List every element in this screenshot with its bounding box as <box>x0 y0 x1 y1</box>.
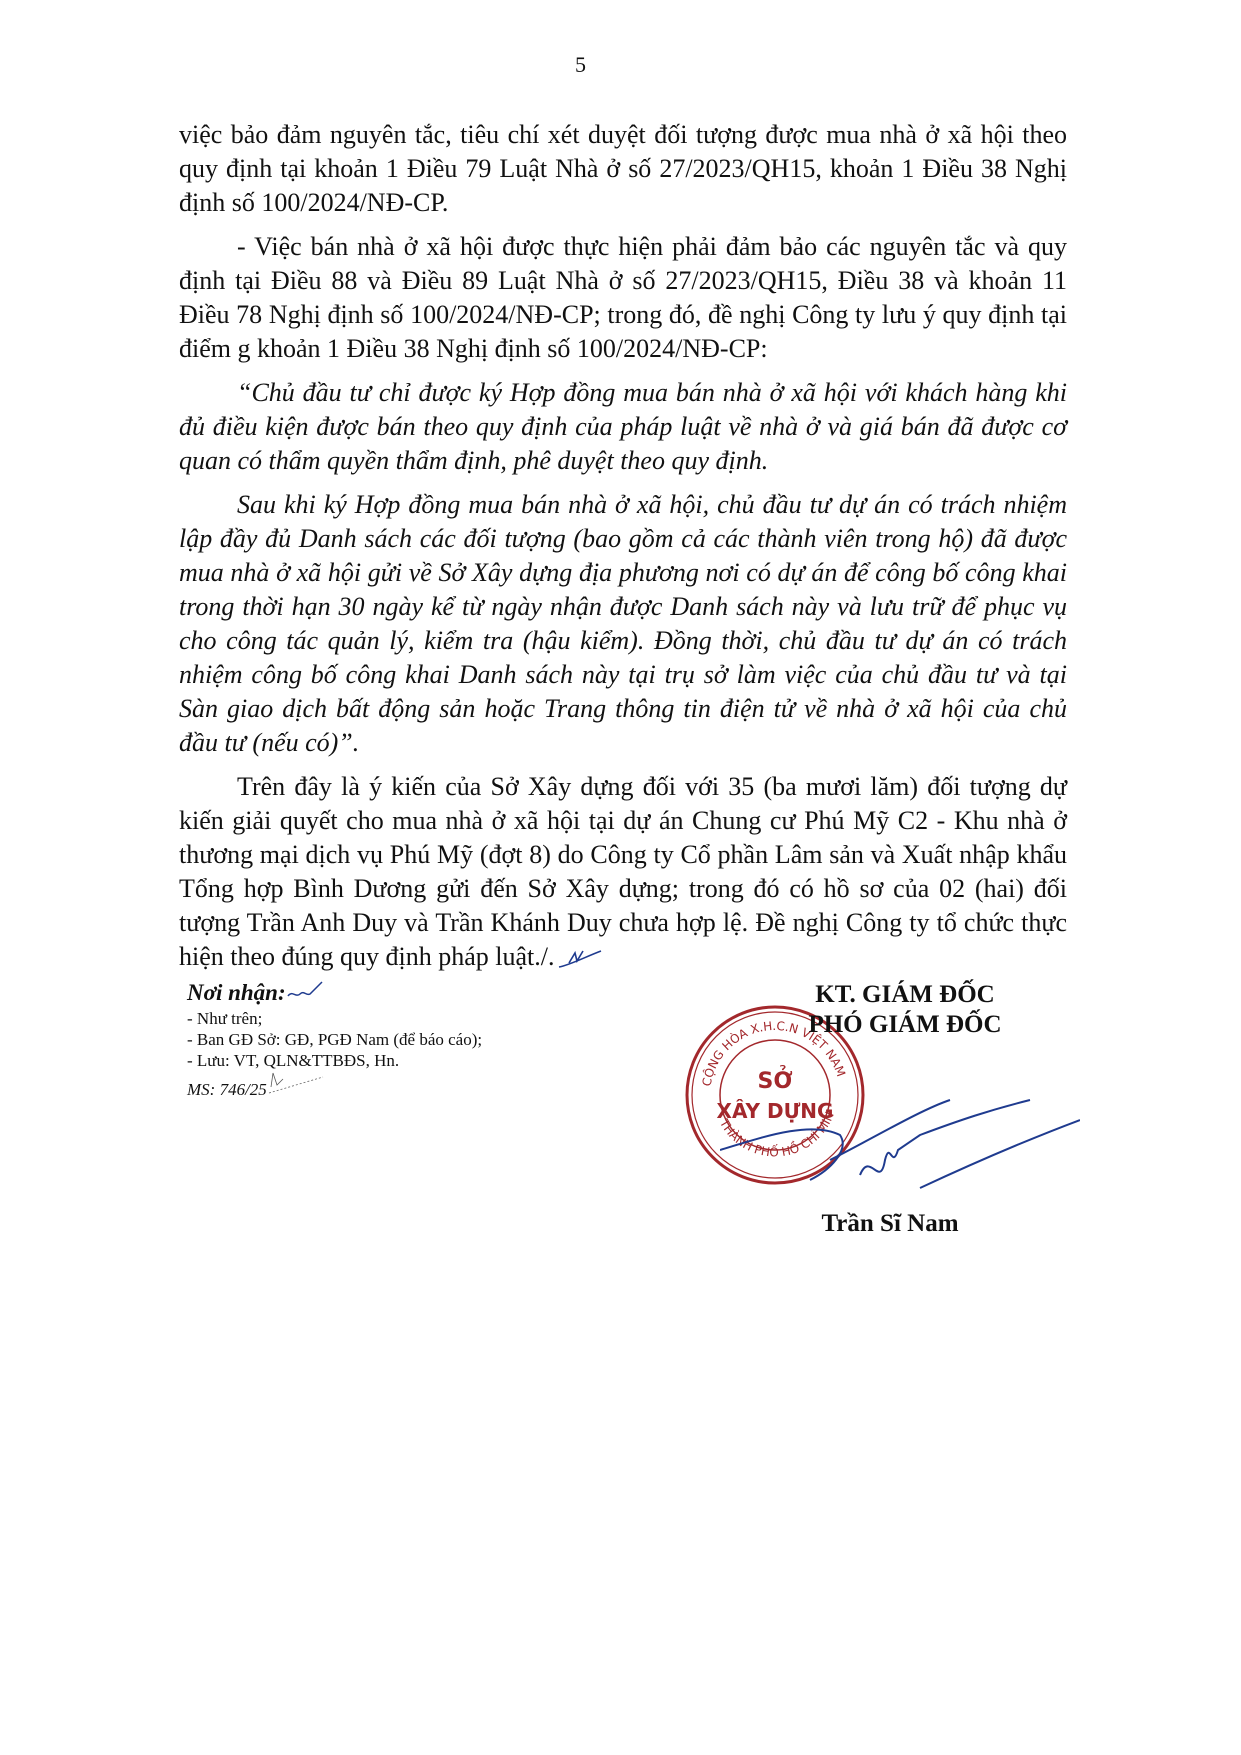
initial-mark-icon <box>555 947 605 971</box>
ms-code: MS: 746/25 <box>187 1071 607 1100</box>
recipients-block: Nơi nhận: - Như trên; - Ban GĐ Sở: GĐ, P… <box>187 978 607 1100</box>
signer-title-1: KT. GIÁM ĐỐC <box>760 980 1050 1010</box>
signer-block: KT. GIÁM ĐỐC PHÓ GIÁM ĐỐC <box>760 980 1050 1040</box>
closing-paragraph: Trên đây là ý kiến của Sở Xây dựng đối v… <box>179 770 1067 974</box>
paragraph-2: - Việc bán nhà ở xã hội được thực hiện p… <box>179 230 1067 366</box>
recipient-item: - Như trên; <box>187 1008 607 1029</box>
closing-text: Trên đây là ý kiến của Sở Xây dựng đối v… <box>179 772 1067 971</box>
quote-paragraph-1: “Chủ đầu tư chỉ được ký Hợp đồng mua bán… <box>179 376 1067 478</box>
signer-name: Trần Sĩ Nam <box>770 1210 1010 1238</box>
quote-paragraph-2: Sau khi ký Hợp đồng mua bán nhà ở xã hội… <box>179 488 1067 760</box>
signature-icon <box>720 1080 1080 1190</box>
initial-mark-icon <box>286 980 326 1000</box>
initial-mark-icon <box>267 1071 327 1095</box>
document-body: việc bảo đảm nguyên tắc, tiêu chí xét du… <box>179 118 1067 984</box>
paragraph-1: việc bảo đảm nguyên tắc, tiêu chí xét du… <box>179 118 1067 220</box>
recipient-item: - Lưu: VT, QLN&TTBĐS, Hn. <box>187 1050 607 1071</box>
recipient-item: - Ban GĐ Sở: GĐ, PGĐ Nam (để báo cáo); <box>187 1029 607 1050</box>
page-number: 5 <box>0 52 1161 78</box>
recipients-title: Nơi nhận: <box>187 978 607 1008</box>
signer-title-2: PHÓ GIÁM ĐỐC <box>760 1010 1050 1040</box>
